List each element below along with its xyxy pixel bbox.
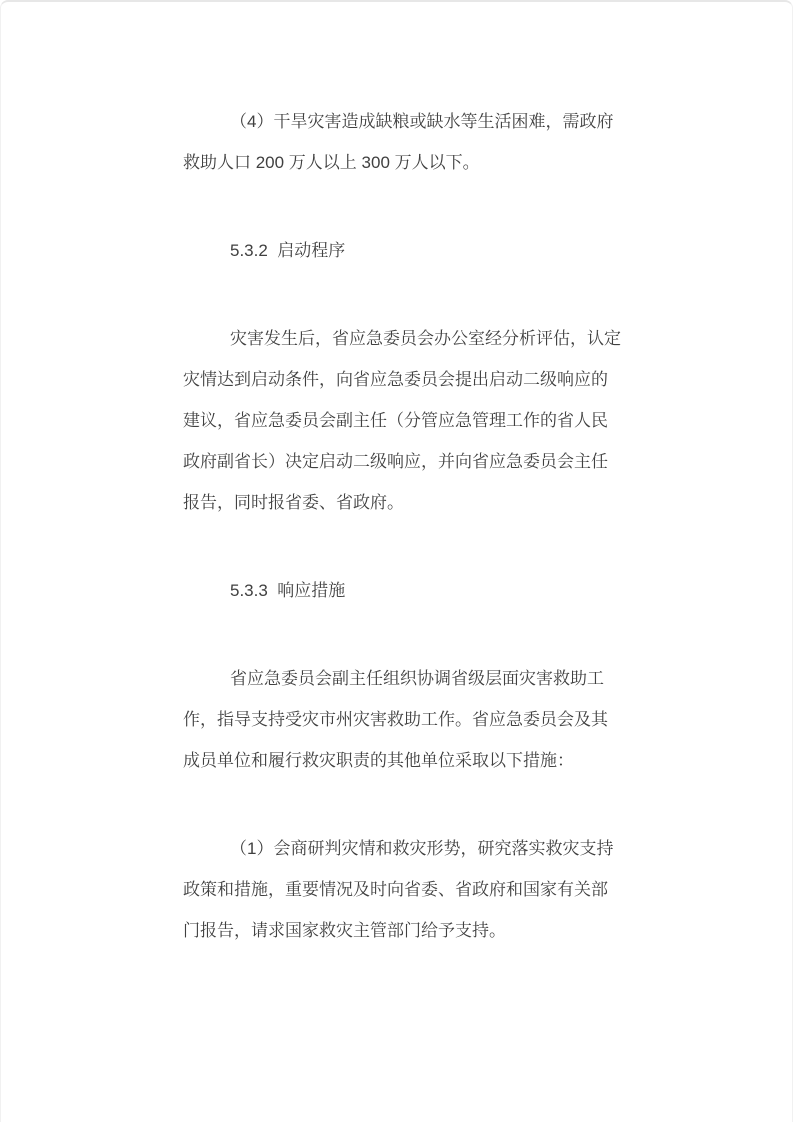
document-page: （4）干旱灾害造成缺粮或缺水等生活困难，需政府救助人口 200 万人以上 300… — [0, 0, 793, 1122]
section-heading-5-3-2-activation-procedure: 5.3.2 启动程序 — [183, 230, 623, 271]
paragraph-response-measures-intro: 省应急委员会副主任组织协调省级层面灾害救助工作，指导支持受灾市州灾害救助工作。省… — [183, 658, 623, 781]
paragraph-drought-criteria-item-4: （4）干旱灾害造成缺粮或缺水等生活困难，需政府救助人口 200 万人以上 300… — [183, 101, 623, 183]
paragraph-activation-procedure-body: 灾害发生后，省应急委员会办公室经分析评估，认定灾情达到启动条件，向省应急委员会提… — [183, 318, 623, 523]
section-heading-5-3-3-response-measures: 5.3.3 响应措施 — [183, 570, 623, 611]
paragraph-response-measure-item-1: （1）会商研判灾情和救灾形势，研究落实救灾支持政策和措施，重要情况及时向省委、省… — [183, 828, 623, 951]
